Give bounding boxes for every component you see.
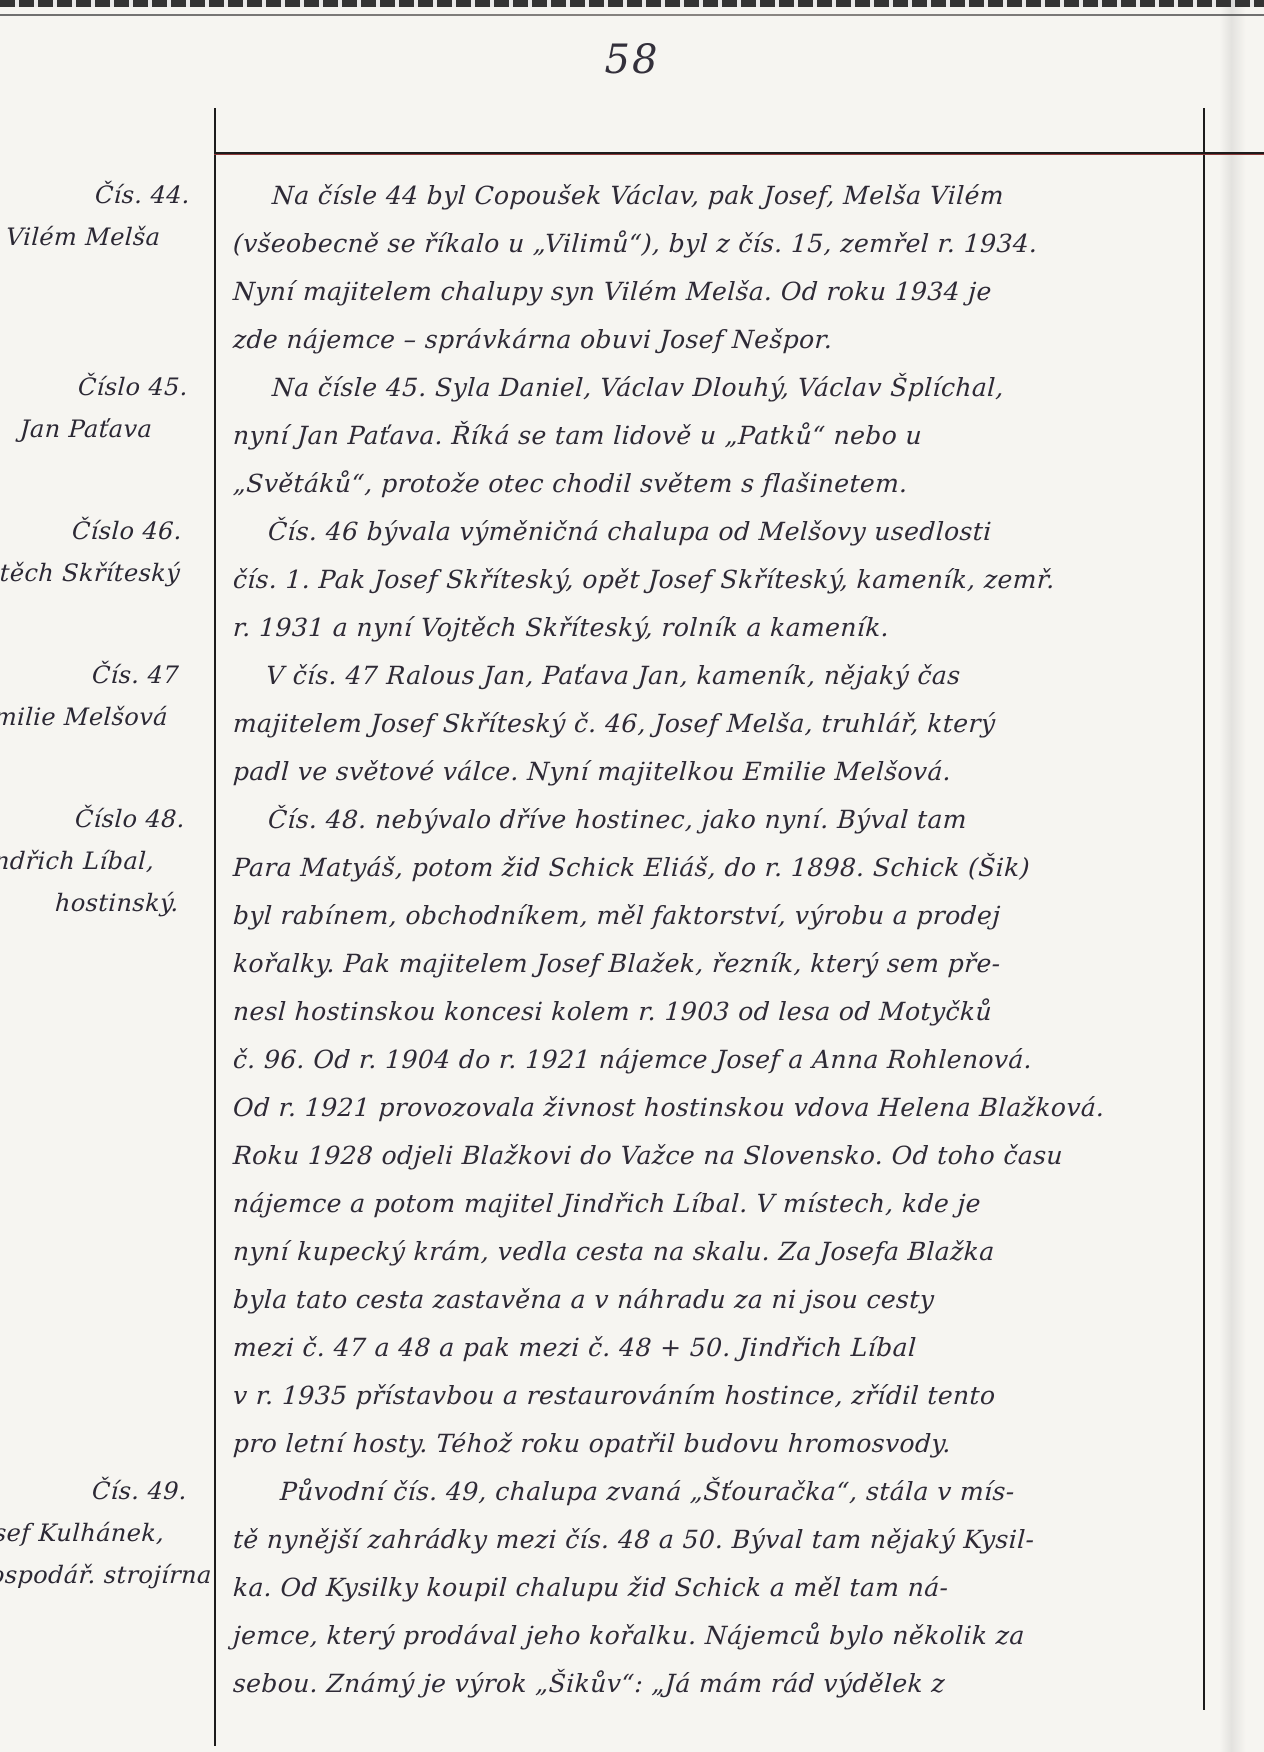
page-number: 58: [0, 40, 1264, 80]
margin-label: Čís. 49.: [91, 1478, 187, 1504]
margin-label: jtěch Skříteský: [0, 560, 181, 586]
text-line: r. 1931 a nyní Vojtěch Skříteský, rolník…: [232, 614, 890, 642]
right-rule-line: [1203, 108, 1205, 1710]
text-line: nyní kupecký krám, vedla cesta na skalu.…: [232, 1238, 995, 1266]
chronicle-page: 58 Čís. 44. Vilém Melša Číslo 45. Jan Pa…: [0, 0, 1264, 1752]
text-line: Na čísle 45. Syla Daniel, Václav Dlouhý,…: [271, 374, 1004, 402]
scan-top-edge-band: [0, 0, 1264, 7]
margin-label: hostinský.: [54, 890, 179, 916]
margin-label: Vilém Melša: [5, 224, 161, 250]
text-line: mezi č. 47 a 48 a pak mezi č. 48 + 50. J…: [232, 1334, 917, 1362]
text-line: pro letní hosty. Téhož roku opatřil budo…: [232, 1430, 951, 1458]
margin-label: Jan Paťava: [19, 416, 153, 442]
text-line: Nyní majitelem chalupy syn Vilém Melša. …: [232, 278, 992, 306]
text-line: Od r. 1921 provozovala živnost hostinsko…: [232, 1094, 1105, 1122]
text-line: nesl hostinskou koncesi kolem r. 1903 od…: [232, 998, 992, 1026]
text-line: jemce, který prodával jeho kořalku. Náje…: [232, 1622, 1025, 1650]
margin-label: Číslo 48.: [74, 806, 185, 832]
page-edge-shadow: [1220, 0, 1246, 1752]
margin-label: milie Melšová: [0, 704, 169, 730]
text-line: Para Matyáš, potom žid Schick Eliáš, do …: [232, 854, 1030, 882]
text-line: „Světáků“, protože otec chodil světem s …: [232, 470, 908, 498]
margin-label: Čís. 44.: [94, 182, 190, 208]
text-line: byla tato cesta zastavěna a v náhradu za…: [232, 1286, 935, 1314]
text-line: padl ve světové válce. Nyní majitelkou E…: [232, 758, 952, 786]
text-line: zde nájemce – správkárna obuvi Josef Neš…: [232, 326, 833, 354]
margin-label: Číslo 46.: [71, 518, 182, 544]
text-line: (všeobecně se říkalo u „Vilimů“), byl z …: [232, 230, 1038, 258]
margin-label: Čís. 47: [91, 662, 179, 688]
text-line: byl rabínem, obchodníkem, měl faktorství…: [232, 902, 1001, 930]
text-line: tě nynější zahrádky mezi čís. 48 a 50. B…: [232, 1526, 1035, 1554]
text-line: Na čísle 44 byl Copoušek Václav, pak Jos…: [271, 182, 1004, 210]
text-line: č. 96. Od r. 1904 do r. 1921 nájemce Jos…: [232, 1046, 1033, 1074]
scan-top-edge-line: [0, 14, 1264, 16]
text-line: Čís. 48. nebývalo dříve hostinec, jako n…: [267, 806, 967, 834]
text-line: majitelem Josef Skříteský č. 46, Josef M…: [232, 710, 996, 738]
text-line: nájemce a potom majitel Jindřich Líbal. …: [232, 1190, 981, 1218]
text-line: sebou. Známý je výrok „Šikův“: „Já mám r…: [232, 1670, 946, 1698]
left-rule-line: [214, 108, 216, 1746]
text-line: čís. 1. Pak Josef Skříteský, opět Josef …: [232, 566, 1055, 594]
text-line: Čís. 46 bývala výměničná chalupa od Melš…: [267, 518, 992, 546]
margin-label: Číslo 45.: [77, 374, 188, 400]
text-line: kořalky. Pak majitelem Josef Blažek, řez…: [232, 950, 1001, 978]
margin-label: ospodář. strojírna: [0, 1562, 212, 1588]
text-line: nyní Jan Paťava. Říká se tam lidově u „P…: [232, 422, 923, 450]
text-line: V čís. 47 Ralous Jan, Paťava Jan, kamení…: [265, 662, 961, 690]
text-line: ka. Od Kysilky koupil chalupu žid Schick…: [232, 1574, 949, 1602]
margin-label: ndřich Líbal,: [0, 848, 155, 874]
top-rule-line: [214, 152, 1264, 155]
margin-label: sef Kulhánek,: [0, 1520, 165, 1546]
text-line: v r. 1935 přístavbou a restaurováním hos…: [232, 1382, 996, 1410]
text-line: Roku 1928 odjeli Blažkovi do Važce na Sl…: [232, 1142, 1063, 1170]
text-line: Původní čís. 49, chalupa zvaná „Šťouračk…: [279, 1478, 1015, 1506]
